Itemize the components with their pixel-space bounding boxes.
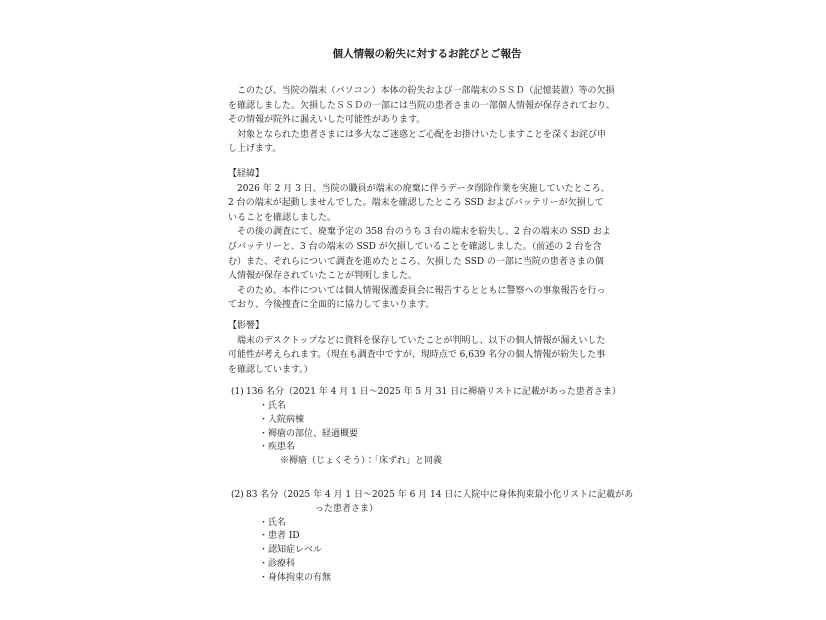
impact-paragraph-1: 端末のデスクトップなどに資料を保存していたことが判明し、以下の個人情報が漏えいし… (228, 334, 626, 378)
background-paragraph-1: 2026 年 2 月 3 日、当院の職員が端末の廃棄に伴うデータ削除作業を実施し… (228, 182, 626, 226)
leak-group-1-number: (1) (231, 386, 246, 400)
leak-group-1: (1) 136 名分（2021 年 4 月 1 日～2025 年 5 月 31 … (228, 386, 626, 469)
leak-group-2-number: (2) (231, 489, 246, 503)
list-item: ・患者 ID (259, 530, 626, 544)
list-item: ・氏名 (259, 517, 626, 531)
document-title: 個人情報の紛失に対するお詫びとご報告 (228, 46, 626, 62)
section-heading-impact: 【影響】 (228, 319, 626, 334)
list-item: ・氏名 (259, 400, 626, 414)
leak-group-2-summary-line-2: った患者さま） (315, 503, 626, 517)
leak-group-1-heading: (1) 136 名分（2021 年 4 月 1 日～2025 年 5 月 31 … (231, 386, 626, 400)
leak-group-2-summary-line-1: 83 名分（2025 年 4 月 1 日～2025 年 6 月 14 日に入院中… (246, 489, 633, 503)
leak-group-1-note: ※褥瘡（じょくそう）：「床ずれ」と同義 (280, 455, 626, 469)
intro-paragraph-2: 対象となられた患者さまには多大なご迷惑とご心配をお掛けいたしますことを深くお詫び… (228, 128, 626, 157)
background-paragraph-3: そのため、本件については個人情報保護委員会に報告するとともに警察への事象報告を行… (228, 284, 626, 313)
list-item: ・入院病棟 (259, 414, 626, 428)
leak-group-2-heading: (2) 83 名分（2025 年 4 月 1 日～2025 年 6 月 14 日… (231, 489, 626, 503)
list-item: ・身体拘束の有無 (259, 572, 626, 586)
list-item: ・診療科 (259, 558, 626, 572)
section-heading-background: 【経緯】 (228, 167, 626, 182)
background-paragraph-2: その後の調査にて、廃棄予定の 358 台のうち 3 台の端末を紛失し、2 台の端… (228, 225, 626, 283)
intro-paragraph-1: このたび、当院の端末（パソコン）本体の紛失および一部端末のＳＳＤ（記憶装置）等の… (228, 84, 626, 128)
document-page: 個人情報の紛失に対するお詫びとご報告 このたび、当院の端末（パソコン）本体の紛失… (0, 0, 826, 620)
list-item: ・疾患名 (259, 441, 626, 455)
leak-group-2: (2) 83 名分（2025 年 4 月 1 日～2025 年 6 月 14 日… (228, 489, 626, 586)
leak-group-1-summary: 136 名分（2021 年 4 月 1 日～2025 年 5 月 31 日に褥瘡… (246, 386, 621, 400)
list-item: ・褥瘡の部位、経過概要 (259, 428, 626, 442)
document-content: 個人情報の紛失に対するお詫びとご報告 このたび、当院の端末（パソコン）本体の紛失… (228, 46, 626, 586)
list-item: ・認知症レベル (259, 544, 626, 558)
